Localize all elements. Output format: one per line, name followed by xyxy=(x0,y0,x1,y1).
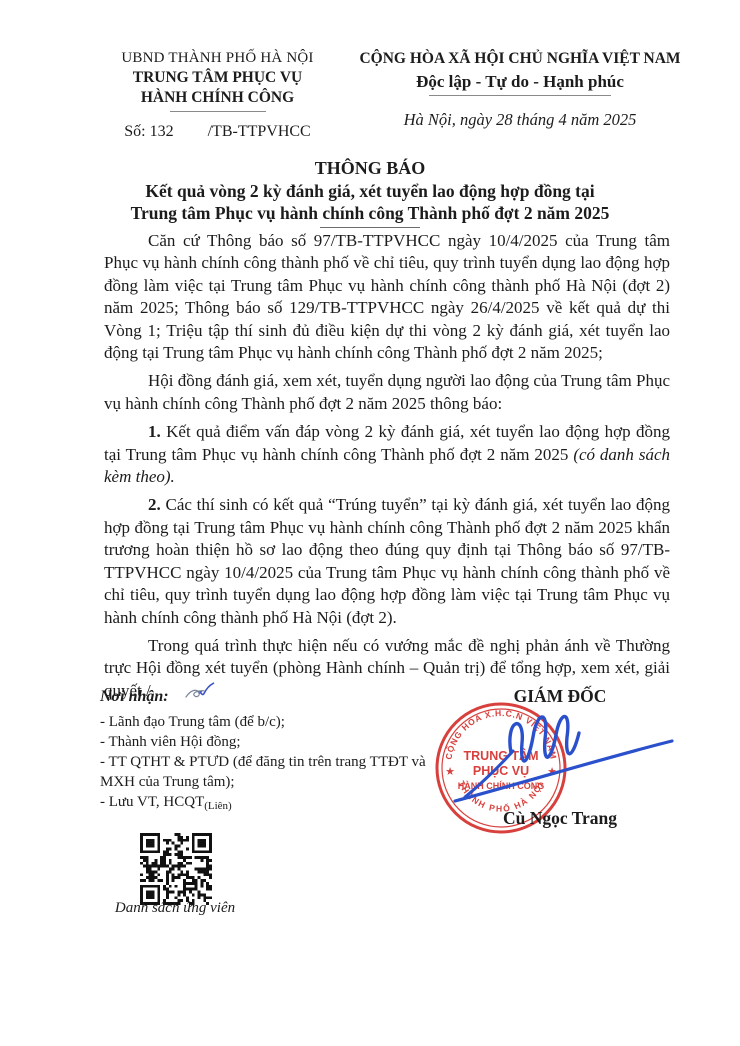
recipients-label: Nơi nhận: xyxy=(100,688,169,705)
document-subtitle-line1: Kết quả vòng 2 kỳ đánh giá, xét tuyển la… xyxy=(0,180,740,202)
place-date-line: Hà Nội, ngày 28 tháng 4 năm 2025 xyxy=(352,109,688,130)
paragraph-item-1: 1. Kết quả điểm vấn đáp vòng 2 kỳ đánh g… xyxy=(104,421,670,488)
recipient-item: - Thành viên Hội đồng; xyxy=(100,732,440,752)
paragraph-item-2: 2. Các thí sinh có kết quả “Trúng tuyển”… xyxy=(104,494,670,628)
signature-block: GIÁM ĐỐC CỘNG HÒA X.H.C.N VIỆT NAM THÀNH… xyxy=(420,686,700,707)
issuer-parent: UBND THÀNH PHỐ HÀ NỘI xyxy=(85,48,350,68)
title-block: THÔNG BÁO Kết quả vòng 2 kỳ đánh giá, xé… xyxy=(0,157,740,228)
recipient-item: - TT QTHT & PTƯD (để đăng tin trên trang… xyxy=(100,752,440,772)
paragraph-announce: Hội đồng đánh giá, xem xét, tuyển dụng n… xyxy=(104,370,670,415)
signature-scribble xyxy=(425,691,680,819)
paragraph-basis: Căn cứ Thông báo số 97/TB-TTPVHCC ngày 1… xyxy=(104,230,670,364)
issuer-block: UBND THÀNH PHỐ HÀ NỘI TRUNG TÂM PHỤC VỤ … xyxy=(85,48,350,142)
document-number: Số: 132/TB-TTPVHCC xyxy=(85,122,350,142)
item-2-text: Các thí sinh có kết quả “Trúng tuyển” tạ… xyxy=(104,495,670,626)
recipients-list: - Lãnh đạo Trung tâm (để b/c); - Thành v… xyxy=(100,712,440,816)
item-2-number: 2. xyxy=(148,495,161,514)
document-type-title: THÔNG BÁO xyxy=(0,157,740,179)
archive-text: - Lưu VT, HCQT xyxy=(100,794,204,810)
issuer-divider xyxy=(170,111,266,112)
national-motto-line2: Độc lập - Tự do - Hạnh phúc xyxy=(352,71,688,92)
document-number-suffix: /TB-TTPVHCC xyxy=(208,123,311,140)
title-divider xyxy=(320,227,420,228)
item-1-number: 1. xyxy=(148,422,161,441)
pen-squiggle-icon xyxy=(185,686,211,706)
recipients-block: Nơi nhận: - Lãnh đạo Trung tâm (để b/c);… xyxy=(100,686,440,816)
national-motto-line1: CỘNG HÒA XÃ HỘI CHỦ NGHĨA VIỆT NAM xyxy=(352,48,688,69)
document-subtitle-line2: Trung tâm Phục vụ hành chính công Thành … xyxy=(0,202,740,224)
signer-name: Cù Ngọc Trang xyxy=(420,808,700,829)
qr-caption: Danh sách ứng viên xyxy=(100,900,250,917)
national-header-block: CỘNG HÒA XÃ HỘI CHỦ NGHĨA VIỆT NAM Độc l… xyxy=(352,48,688,130)
recipient-item: - Lãnh đạo Trung tâm (để b/c); xyxy=(100,712,440,732)
issuer-name-line2: HÀNH CHÍNH CÔNG xyxy=(85,88,350,108)
recipient-item-continuation: MXH của Trung tâm); xyxy=(100,772,440,792)
qr-code xyxy=(140,833,212,905)
motto-divider xyxy=(429,95,611,96)
recipient-item-archive: - Lưu VT, HCQT(Liên) xyxy=(100,792,440,816)
document-number-value: 132 xyxy=(150,123,174,140)
archive-subscript: (Liên) xyxy=(204,800,231,812)
document-page: UBND THÀNH PHỐ HÀ NỘI TRUNG TÂM PHỤC VỤ … xyxy=(0,0,740,1046)
document-number-prefix: Số: xyxy=(124,123,149,140)
recipients-header: Nơi nhận: xyxy=(100,686,440,707)
issuer-name-line1: TRUNG TÂM PHỤC VỤ xyxy=(85,68,350,88)
document-body: Căn cứ Thông báo số 97/TB-TTPVHCC ngày 1… xyxy=(104,230,670,704)
